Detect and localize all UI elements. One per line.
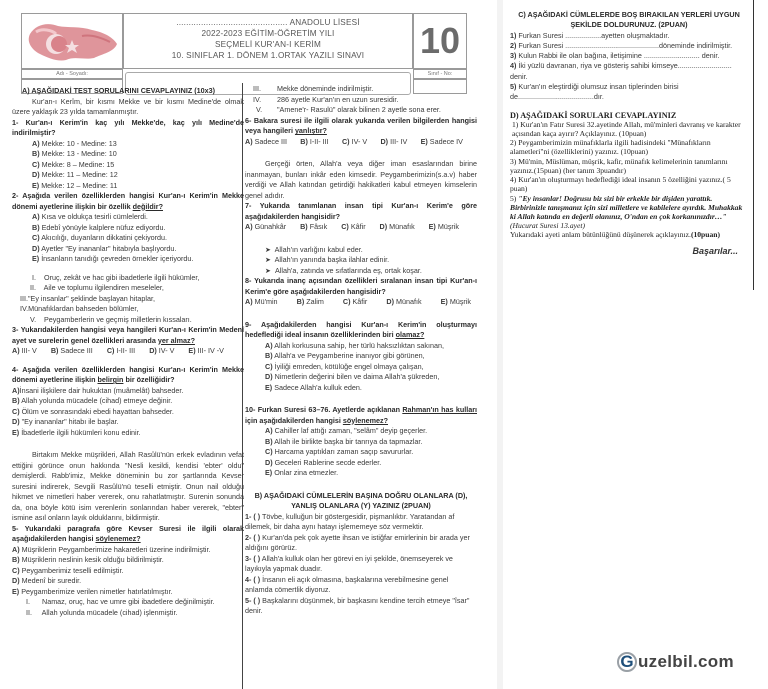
section-d: D) AŞAĞIDAKİ SORULARI CEVAPLAYINIZ 1) Ku… <box>510 111 748 240</box>
question-3: 3- Yukarıdakilerden hangisi veya hangile… <box>12 325 244 346</box>
q6-statements-part1: I. Namaz, oruç, hac ve umre gibi ibadetl… <box>12 597 244 618</box>
q5-option-d: D) Medenî bir suredir. <box>12 576 244 587</box>
question-1: 1- Kur'an-ı Kerim'in kaç yılı Mekke'de, … <box>12 118 244 139</box>
q2-option-c: C) Akıcılığı, duyanların dikkatini çekiy… <box>32 233 244 244</box>
q8-bullet-3: ➤ Allah'a, zatında ve sıfatlarında eş, o… <box>265 266 477 277</box>
q8-bullet-1: ➤ Allah'ın varlığını kabul eder. <box>265 245 477 256</box>
q4-option-a: A)İnsani ilişkilere dair hukuktan (muâme… <box>12 386 244 397</box>
open-question-5-instruction: Yukarıdaki ayeti anlam bütünlüğünü düşün… <box>510 230 748 239</box>
fill-item-3: 3) Kulun Rabbi ile olan bağına, iletişim… <box>510 51 748 61</box>
q9-option-c: C) İyiliği emreden, kötülüğe engel olmay… <box>265 362 477 373</box>
q5-passage: Birtakım Mekke müşrikleri, Allah Rasûlü'… <box>12 450 244 524</box>
q7-options: A) Günahkâr B) Fâsık C) Kâfir D) Münafık… <box>245 222 477 233</box>
question-9: 9- Aşağıdakilerden hangisi Kur'an-ı Keri… <box>245 320 477 341</box>
q3-item-5: V. Peygamberlerin ve geçmiş milletlerin … <box>20 315 244 326</box>
q3-item-4: IV.Münafıklardan bahseden bölümler, <box>20 304 244 315</box>
question-6: 6- Bakara suresi ile ilgili olarak yukar… <box>245 116 477 137</box>
tf-answer-slot[interactable]: 1- ( ) <box>245 512 260 521</box>
q6-option-d: D) III- IV <box>380 137 407 148</box>
q3-statements: I. Oruç, zekât ve hac gibi ibadetlerle i… <box>12 273 244 326</box>
logo-g-icon: G <box>617 652 637 672</box>
q7-option-d: D) Münafık <box>380 222 415 233</box>
q8-options: A) Mü'min B) Zalim C) Kâfir D) Münafık E… <box>245 297 477 308</box>
q6-statements-part2: III. Mekke döneminde indirilmiştir. IV. … <box>245 84 477 116</box>
question-7: 7- Yukarıda tanımlanan insan tipi Kur'an… <box>245 201 477 222</box>
open-question-3: 3) Mü'min, Müslüman, müşrik, kafir, müna… <box>510 157 748 175</box>
tf-answer-slot[interactable]: 4- ( ) <box>245 575 260 584</box>
q7-passage: Gerçeği örten, Allah'a veya diğer iman e… <box>245 159 477 201</box>
section-b-items: 1- ( ) Tövbe, kulluğun bir göstergesidir… <box>245 512 477 617</box>
q6-item-2: II. Allah yolunda mücadele (cihad) işlen… <box>20 608 244 619</box>
q8-bullet-2: ➤ Allah'ın yanında başka ilahlar edinir. <box>265 255 477 266</box>
question-2: 2- Aşağıda verilen özelliklerden hangisi… <box>12 191 244 212</box>
q4-option-d: D) "Ey inananlar" hitabı ile başlar. <box>12 417 244 428</box>
q5-option-e: E) Peygamberimize verilen nimetler hatır… <box>12 587 244 598</box>
q2-option-e: E) İnsanların tanıdığı çevreden örnekler… <box>32 254 244 265</box>
tf-item-4: 4- ( ) İnsanın eli açık olmasına, başkal… <box>245 575 477 596</box>
section-c-title: C) AŞAĞIDAKİ CÜMLELERDE BOŞ BIRAKILAN YE… <box>510 10 748 31</box>
intro-text: Kur'an-ı Kerîm, bir kısmı Mekke ve bir k… <box>12 97 244 118</box>
open-question-5: 5) "Ey insanlar! Doğrusu biz sizi bir er… <box>510 194 748 231</box>
fill-item-4: 4) İki yüzlü davranan, riya ve gösteriş … <box>510 61 748 82</box>
course-name: SEÇMELİ KUR'AN-I KERİM <box>124 39 412 50</box>
exam-title-block: ........................................… <box>123 13 413 69</box>
tf-item-3: 3- ( ) Allah'a kulluk olan her görevi en… <box>245 554 477 575</box>
school-name: ........................................… <box>124 17 412 28</box>
section-b-title: B) AŞAĞIDAKİ CÜMLELERİN BAŞINA DOĞRU OLA… <box>245 491 477 512</box>
q6-options: A) Sadece III B) I-II- III C) IV- V D) I… <box>245 137 477 148</box>
q10-option-a: A) Cahiller laf attığı zaman, "selâm" de… <box>265 426 477 437</box>
q5-option-a: A) Müşriklerin Peygamberimize hakaretler… <box>12 545 244 556</box>
arrow-bullet-icon: ➤ <box>265 245 271 254</box>
q8-option-d: D) Münafık <box>386 297 421 308</box>
question-8: 8- Yukarıda inanç açısından özellikleri … <box>245 276 477 297</box>
tf-item-5: 5- ( ) Başkalarını düşünmek, bir başkası… <box>245 596 477 617</box>
closing-text: Başarılar... <box>510 246 748 256</box>
q10-option-c: C) Harcama yaptıkları zaman saçıp savuru… <box>265 447 477 458</box>
fill-item-1: 1) Furkan Suresi ..................ayett… <box>510 31 748 41</box>
class-label: Sınıf - No: <box>413 69 467 79</box>
q10-option-b: B) Allah ile birlikte başka bir tanrıya … <box>265 437 477 448</box>
column-3: C) AŞAĞIDAKİ CÜMLELERDE BOŞ BIRAKILAN YE… <box>510 10 748 256</box>
q10-options: A) Cahiller laf attığı zaman, "selâm" de… <box>245 426 477 479</box>
q6-item-1: I. Namaz, oruç, hac ve umre gibi ibadetl… <box>20 597 244 608</box>
name-label: Adı - Soyadı: <box>21 69 123 79</box>
question-4: 4- Aşağıda verilen özelliklerden hangisi… <box>12 365 244 386</box>
arrow-bullet-icon: ➤ <box>265 266 271 275</box>
q8-option-b: B) Zalim <box>297 297 324 308</box>
q1-option-b: B) Mekke: 13 - Medine: 10 <box>32 149 244 160</box>
q3-item-3: III."Ey insanlar" şeklinde başlayan hita… <box>20 294 244 305</box>
exam-name: 10. SINIFLAR 1. DÖNEM 1.ORTAK YAZILI SIN… <box>124 50 412 61</box>
q5-options: A) Müşriklerin Peygamberimize hakaretler… <box>12 545 244 598</box>
tf-item-1: 1- ( ) Tövbe, kulluğun bir göstergesidir… <box>245 512 477 533</box>
tf-answer-slot[interactable]: 5- ( ) <box>245 596 260 605</box>
q1-option-c: C) Mekke: 8 – Medine: 15 <box>32 160 244 171</box>
q9-options: A) Allah korkusuna sahip, her türlü haks… <box>245 341 477 394</box>
q7-option-a: A) Günahkâr <box>245 222 286 233</box>
column-1: A) AŞAĞIDAKİ TEST SORULARINI CEVAPLAYINI… <box>12 86 244 618</box>
section-d-title: D) AŞAĞIDAKİ SORULARI CEVAPLAYINIZ <box>510 111 748 120</box>
q3-item-1: I. Oruç, zekât ve hac gibi ibadetlerle i… <box>20 273 244 284</box>
q4-options: A)İnsani ilişkilere dair hukuktan (muâme… <box>12 386 244 439</box>
q10-option-e: E) Onlar zina etmezler. <box>265 468 477 479</box>
column-2: III. Mekke döneminde indirilmiştir. IV. … <box>245 84 477 617</box>
q2-options: A) Kısa ve oldukça tesirli cümlelerdi. B… <box>12 212 244 265</box>
q1-option-a: A) Mekke: 10 - Medine: 13 <box>32 139 244 150</box>
q3-options: A) III- V B) Sadece III C) I-II- III D) … <box>12 346 244 357</box>
fill-item-2: 2) Furkan Suresi .......................… <box>510 41 748 51</box>
q5-option-c: C) Peygamberimiz teselli edilmiştir. <box>12 566 244 577</box>
q2-option-a: A) Kısa ve oldukça tesirli cümlelerdi. <box>32 212 244 223</box>
tf-answer-slot[interactable]: 3- ( ) <box>245 554 260 563</box>
q7-option-b: B) Fâsık <box>300 222 327 233</box>
q3-option-a: A) III- V <box>12 346 37 357</box>
tf-item-2: 2- ( ) Kur'an'da pek çok ayette ihsan ve… <box>245 533 477 554</box>
q6-item-3: III. Mekke döneminde indirilmiştir. <box>253 84 477 95</box>
open-question-4: 4) Kur'an'ın oluşturmayı hedeflediği ide… <box>510 175 748 193</box>
q3-option-d: D) IV- V <box>149 346 174 357</box>
q7-option-e: E) Müşrik <box>429 222 459 233</box>
q7-option-c: C) Kâfir <box>341 222 365 233</box>
q5-option-b: B) Müşriklerin neslinin kesik olduğu bil… <box>12 555 244 566</box>
q10-option-d: D) Geceleri Rablerine secde ederler. <box>265 458 477 469</box>
page-right-border <box>753 0 754 290</box>
q4-option-e: E) İbadetlerle ilgili hükümleri konu edi… <box>12 428 244 439</box>
q6-option-c: C) IV- V <box>342 137 367 148</box>
q3-option-b: B) Sadece III <box>51 346 93 357</box>
academic-year: 2022-2023 EĞİTİM-ÖĞRETİM YILI <box>124 28 412 39</box>
q1-option-d: D) Mekke: 11 – Medine: 12 <box>32 170 244 181</box>
question-10: 10- Furkan Suresi 63–76. Ayetlerde açıkl… <box>245 405 477 426</box>
q4-option-b: B) Allah yolunda mücadele (cihad) etmeye… <box>12 396 244 407</box>
q6-option-e: E) Sadece IV <box>421 137 463 148</box>
q6-option-b: B) I-II- III <box>300 137 328 148</box>
section-a-title: A) AŞAĞIDAKİ TEST SORULARINI CEVAPLAYINI… <box>12 86 244 97</box>
grade-number: 10 <box>413 13 467 69</box>
turkey-flag-icon <box>22 14 122 68</box>
q8-option-a: A) Mü'min <box>245 297 278 308</box>
guzelbil-logo[interactable]: G uzelbil.com <box>617 649 734 675</box>
fill-item-5: 5) Kur'an'ın eleştirdiği olumsuz insan t… <box>510 82 748 103</box>
q3-item-2: II. Aile ve toplumu ilgilendiren meselel… <box>20 283 244 294</box>
q1-options: A) Mekke: 10 - Medine: 13 B) Mekke: 13 -… <box>12 139 244 192</box>
q6-item-5: V. "Amene'r- Rasulü" olarak bilinen 2 ay… <box>253 105 477 116</box>
open-question-2: 2) Peygamberimizin münafıklarla ilgili h… <box>510 138 748 156</box>
logo-text: uzelbil.com <box>638 652 734 672</box>
q6-item-4: IV. 286 ayetle Kur'an'ın en uzun suresid… <box>253 95 477 106</box>
open-question-1: 1) Kur'an'ın Fatır Suresi 32.ayetinde Al… <box>510 120 748 138</box>
arrow-bullet-icon: ➤ <box>265 255 271 264</box>
q8-option-c: C) Kâfir <box>343 297 367 308</box>
q2-option-d: D) Ayetler "Ey inananlar" hitabıyla başl… <box>32 244 244 255</box>
tf-answer-slot[interactable]: 2- ( ) <box>245 533 260 542</box>
exam-header: ........................................… <box>21 13 467 83</box>
q4-option-c: C) Ölüm ve sonrasındaki ebedi hayattan b… <box>12 407 244 418</box>
q8-bullets: ➤ Allah'ın varlığını kabul eder. ➤ Allah… <box>245 245 477 277</box>
q9-option-e: E) Sadece Allah'a kulluk eden. <box>265 383 477 394</box>
q9-option-d: D) Nimetlerin değerini bilen ve daima Al… <box>265 372 477 383</box>
question-5: 5- Yukarıdaki paragrafa göre Kevser Sure… <box>12 524 244 545</box>
q8-option-e: E) Müşrik <box>441 297 471 308</box>
q9-option-b: B) Allah'a ve Peygamberine inanıyor gibi… <box>265 351 477 362</box>
turkey-map-flag-image <box>21 13 123 69</box>
q3-option-e: E) III- IV -V <box>188 346 224 357</box>
q2-option-b: B) Edebî yönüyle kalplere nüfuz ediyordu… <box>32 223 244 234</box>
q6-option-a: A) Sadece III <box>245 137 287 148</box>
q9-option-a: A) Allah korkusuna sahip, her türlü haks… <box>265 341 477 352</box>
q3-option-c: C) I-II- III <box>107 346 135 357</box>
q1-option-e: E) Mekke: 12 – Medine: 11 <box>32 181 244 192</box>
section-c-items: 1) Furkan Suresi ..................ayett… <box>510 31 748 103</box>
